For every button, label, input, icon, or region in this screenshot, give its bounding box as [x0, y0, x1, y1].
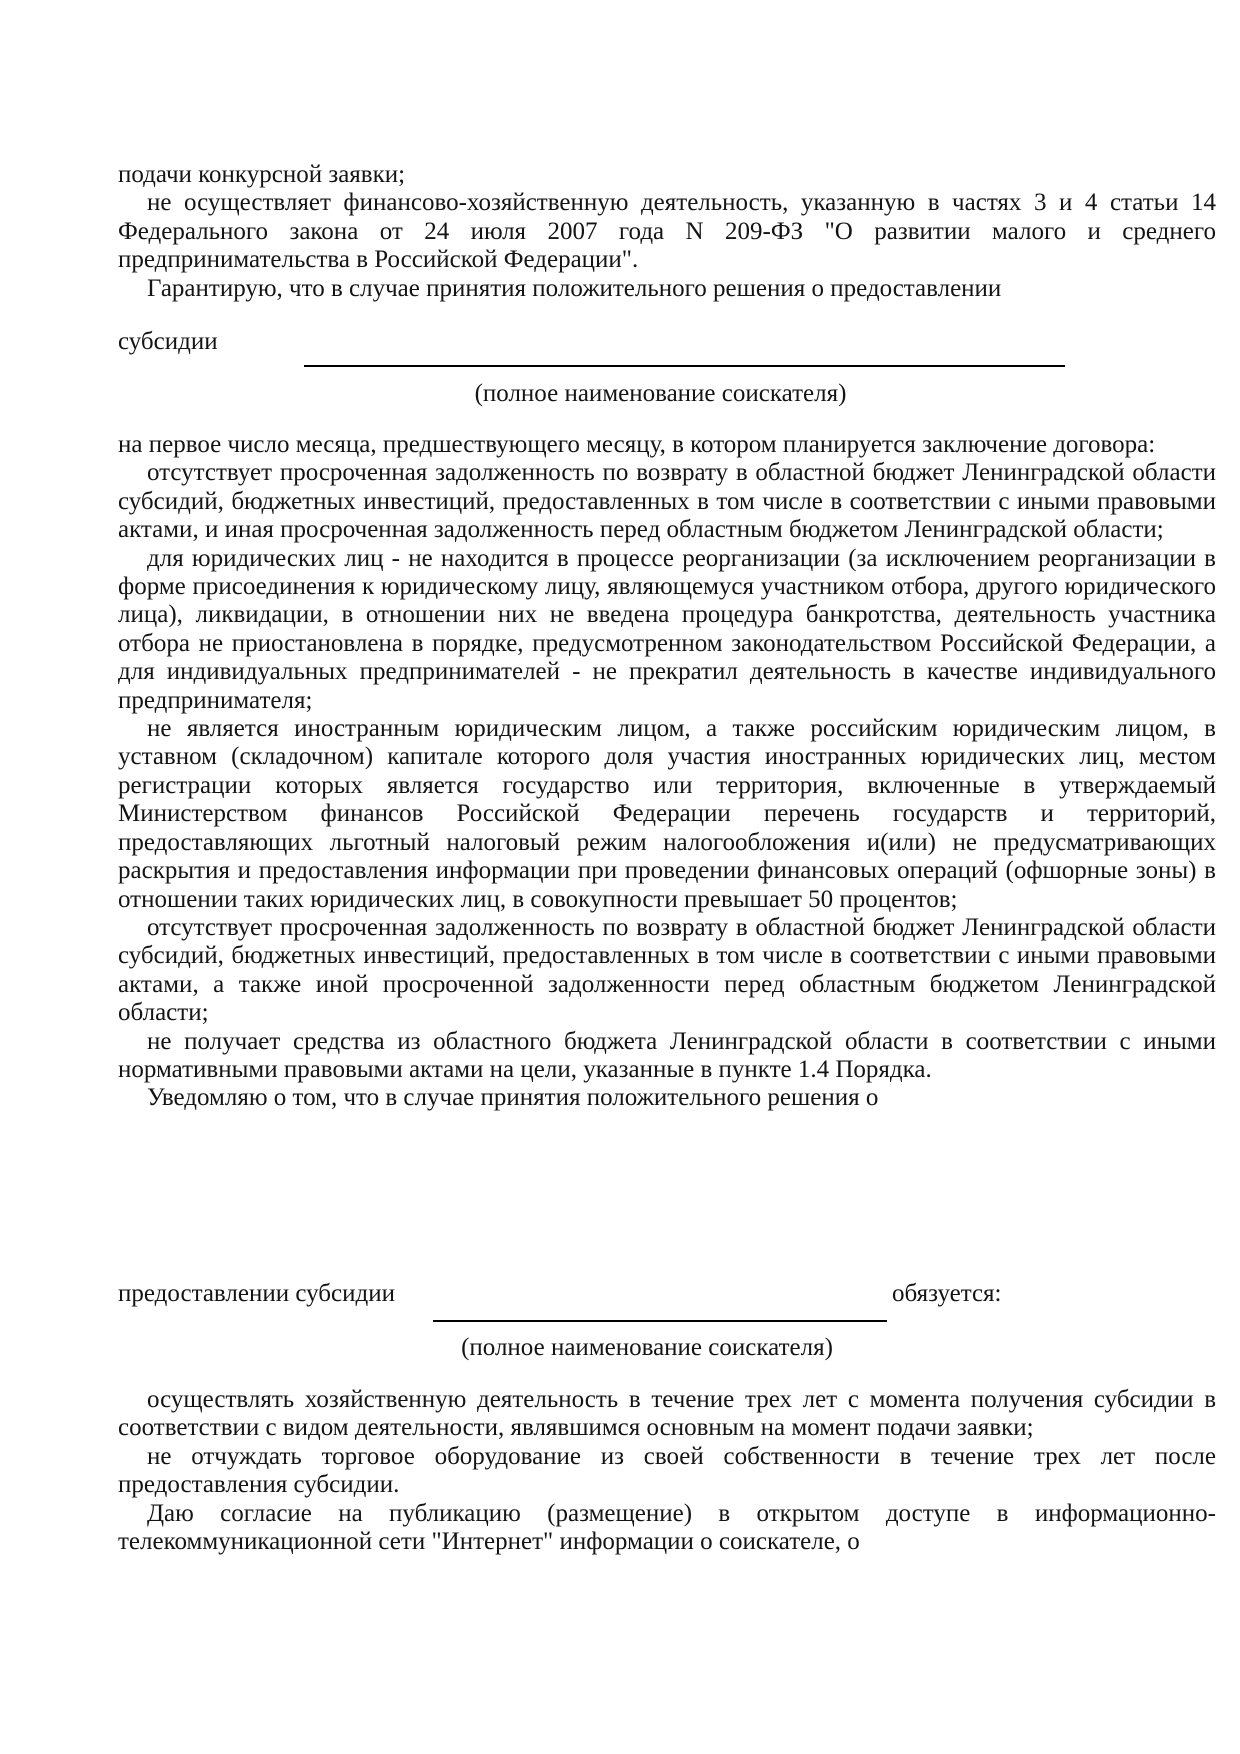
field-underline — [433, 1320, 887, 1322]
blank-field-predostavlenii-subsidii: предоставлении субсидии обязуется: — [118, 1280, 1216, 1322]
field-label-subsidii: субсидии — [118, 328, 218, 356]
paragraph: Гарантирую, что в случае принятия положи… — [118, 275, 1216, 303]
paragraph: отсутствует просроченная задолженность п… — [118, 459, 1216, 544]
document-page: подачи конкурсной заявки;не осуществляет… — [0, 0, 1240, 1754]
text-block-middle: на первое число месяца, предшествующего … — [118, 431, 1216, 1113]
paragraph: не отчуждать торговое оборудование из св… — [118, 1443, 1216, 1500]
paragraph: Уведомляю о том, что в случае принятия п… — [118, 1084, 1216, 1112]
field-caption: (полное наименование соискателя) — [420, 1334, 874, 1362]
paragraph: на первое число месяца, предшествующего … — [118, 431, 1216, 459]
text-block-bottom: осуществлять хозяйственную деятельность … — [118, 1386, 1216, 1556]
paragraph: не получает средства из областного бюдже… — [118, 1028, 1216, 1085]
paragraph: для юридических лиц - не находится в про… — [118, 545, 1216, 715]
paragraph: осуществлять хозяйственную деятельность … — [118, 1386, 1216, 1443]
paragraph: не осуществляет финансово-хозяйственную … — [118, 189, 1216, 274]
paragraph: подачи конкурсной заявки; — [118, 161, 1216, 189]
paragraph: отсутствует просроченная задолженность п… — [118, 914, 1216, 1028]
field-label-predostavlenii: предоставлении субсидии — [118, 1280, 395, 1308]
paragraph: не является иностранным юридическим лицо… — [118, 715, 1216, 914]
field-suffix-obyazuetsya: обязуется: — [892, 1280, 1002, 1308]
blank-field-subsidii: субсидии — [118, 328, 1216, 368]
text-block-top: подачи конкурсной заявки;не осуществляет… — [118, 161, 1216, 303]
paragraph: Даю согласие на публикацию (размещение) … — [118, 1500, 1216, 1557]
field-caption: (полное наименование соискателя) — [280, 380, 1041, 408]
field-underline — [304, 365, 1065, 367]
